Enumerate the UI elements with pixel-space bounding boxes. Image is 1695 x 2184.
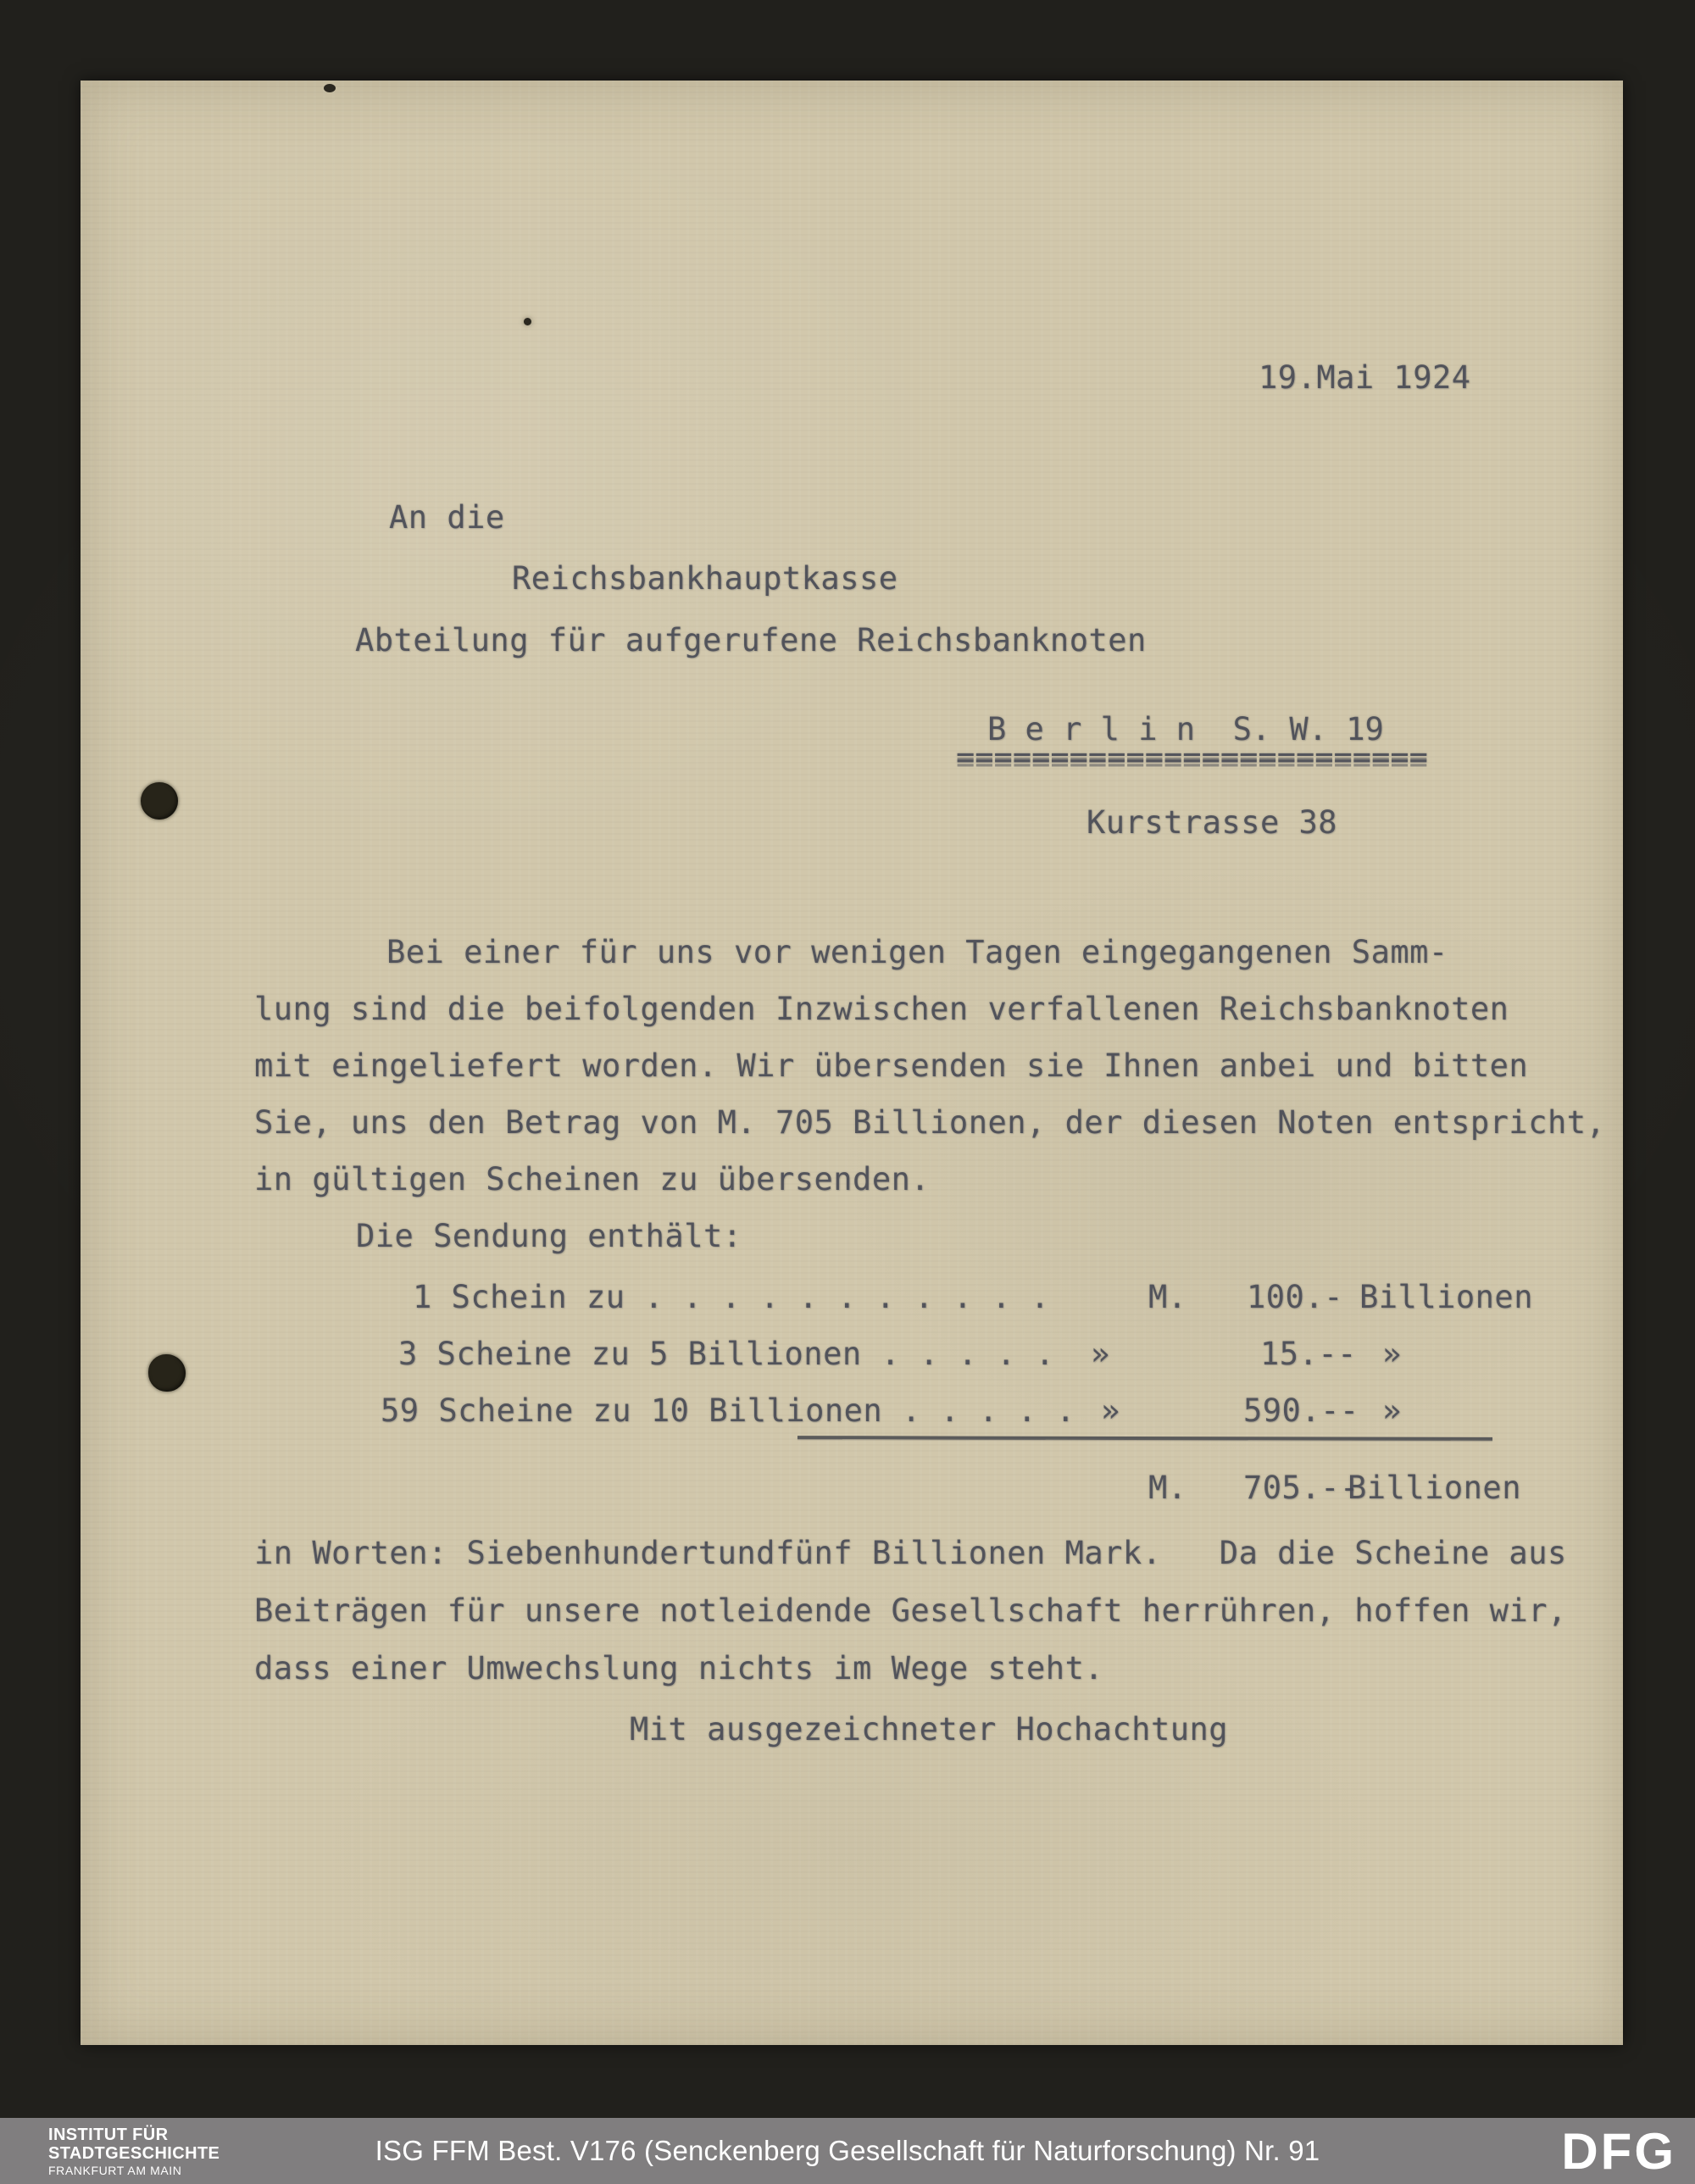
closing-line: Beiträgen für unsere notleidende Gesells… [254,1593,1567,1630]
item-label: 3 Scheine zu 5 Billionen . . . . . [398,1337,1054,1373]
body-line: Bei einer für uns vor wenigen Tagen eing… [386,935,1448,971]
item-unit: » [1382,1393,1402,1430]
recipient-street: Kurstrasse 38 [1086,805,1337,842]
item-currency: » [1091,1337,1110,1373]
shipment-list-intro: Die Sendung enthält: [356,1219,742,1255]
archive-reference: ISG FFM Best. V176 (Senckenberg Gesellsc… [0,2118,1695,2184]
item-currency: » [1101,1393,1120,1430]
body-line: mit eingeliefert worden. Wir übersenden … [254,1048,1528,1085]
item-currency: M. [1148,1280,1187,1316]
total-unit: Billionen [1348,1470,1521,1507]
archive-footer-bar: INSTITUT FÜR STADTGESCHICHTE FRANKFURT A… [0,2118,1695,2184]
recipient-department: Abteilung für aufgerufene Reichsbanknote… [355,623,1147,659]
body-line: in gültigen Scheinen zu übersenden. [254,1162,930,1198]
letter-date: 19.Mai 1924 [1259,360,1471,397]
shipment-total-row: M. 705.-- Billionen [81,1470,1623,1508]
shipment-item-row: 3 Scheine zu 5 Billionen . . . . . » 15.… [81,1337,1623,1374]
city-underline-rule: ========================= [956,740,1428,776]
sum-underline-rule [797,1436,1492,1441]
item-unit: » [1382,1337,1402,1373]
total-amount: 705.-- [1243,1470,1359,1507]
hole-punch-top [141,782,178,820]
body-line: Sie, uns den Betrag von M. 705 Billionen… [254,1105,1605,1142]
item-label: 59 Scheine zu 10 Billionen . . . . . [381,1393,1075,1430]
shipment-item-row: 59 Scheine zu 10 Billionen . . . . . » 5… [81,1393,1623,1431]
closing-line: in Worten: Siebenhundertundfünf Billione… [254,1536,1567,1572]
signoff-line: Mit ausgezeichneter Hochachtung [630,1712,1228,1748]
letter-page: 19.Mai 1924 An die Reichsbankhauptkasse … [81,81,1623,2045]
item-amount: 100.- [1247,1280,1343,1316]
total-currency: M. [1148,1470,1187,1507]
body-line: lung sind die beifolgenden Inzwischen ve… [254,992,1509,1028]
shipment-item-row: 1 Schein zu . . . . . . . . . . . M. 100… [81,1280,1623,1317]
item-amount: 590.-- [1243,1393,1359,1430]
item-label: 1 Schein zu . . . . . . . . . . . [413,1280,1050,1316]
dfg-logo: DFG [1561,2125,1676,2177]
paper-speck-top [324,84,336,92]
paper-speck-mark [524,318,531,325]
recipient-name: Reichsbankhauptkasse [512,561,898,597]
closing-line: dass einer Umwechslung nichts im Wege st… [254,1651,1103,1687]
recipient-salutation: An die [389,500,505,536]
archive-scan-background: 19.Mai 1924 An die Reichsbankhauptkasse … [0,0,1695,2184]
item-amount: 15.-- [1260,1337,1357,1373]
item-unit: Billionen [1359,1280,1533,1316]
